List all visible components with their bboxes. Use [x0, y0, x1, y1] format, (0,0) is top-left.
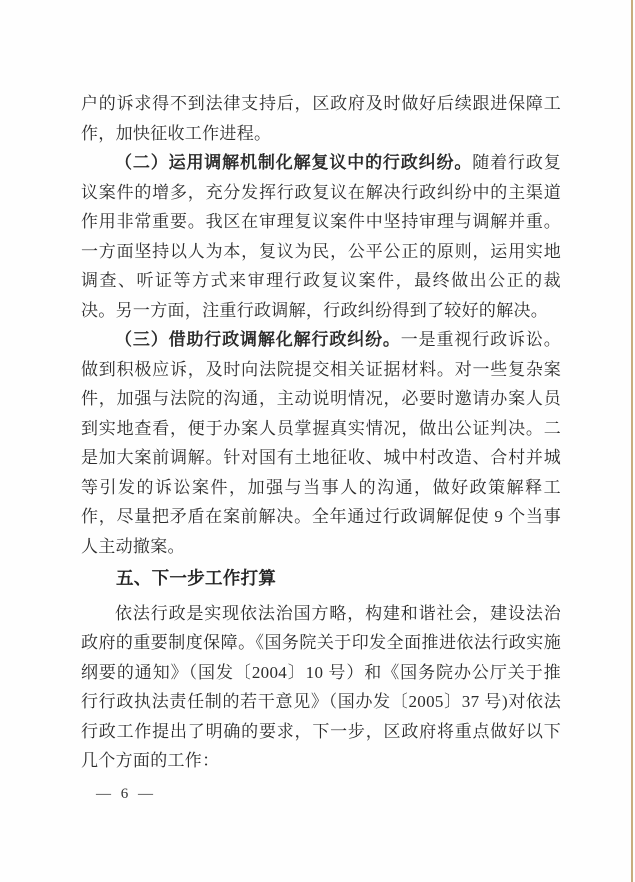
- document-body: 户的诉求得不到法律支持后，区政府及时做好后续跟进保障工作，加快征收工作进程。 （…: [81, 89, 561, 776]
- paragraph-text: 随着行政复议案件的增多，充分发挥行政复议在解决行政纠纷中的主渠道作用非常重要。我…: [81, 153, 561, 320]
- paragraph-lead: （三）借助行政调解化解行政纠纷。: [115, 330, 401, 349]
- document-page: 户的诉求得不到法律支持后，区政府及时做好后续跟进保障工作，加快征收工作进程。 （…: [0, 0, 635, 882]
- page-number: — 6 —: [96, 786, 156, 803]
- paragraph-section-3: （三）借助行政调解化解行政纠纷。一是重视行政诉讼。做到积极应诉，及时向法院提交相…: [81, 325, 561, 561]
- paragraph-lead: （二）运用调解机制化解复议中的行政纠纷。: [115, 153, 472, 172]
- paragraph-text: 一是重视行政诉讼。做到积极应诉，及时向法院提交相关证据材料。对一些复杂案件，加强…: [81, 330, 561, 556]
- section-heading: 五、下一步工作打算: [81, 564, 561, 594]
- paragraph-section-2: （二）运用调解机制化解复议中的行政纠纷。随着行政复议案件的增多，充分发挥行政复议…: [81, 148, 561, 325]
- scan-edge-line: [631, 0, 633, 882]
- paragraph-continued: 户的诉求得不到法律支持后，区政府及时做好后续跟进保障工作，加快征收工作进程。: [81, 89, 561, 148]
- paragraph-next-steps: 依法行政是实现依法治国方略，构建和谐社会，建设法治政府的重要制度保障。《国务院关…: [81, 599, 561, 776]
- paragraph-text: 依法行政是实现依法治国方略，构建和谐社会，建设法治政府的重要制度保障。《国务院关…: [81, 604, 561, 771]
- paragraph-text: 户的诉求得不到法律支持后，区政府及时做好后续跟进保障工作，加快征收工作进程。: [81, 94, 561, 143]
